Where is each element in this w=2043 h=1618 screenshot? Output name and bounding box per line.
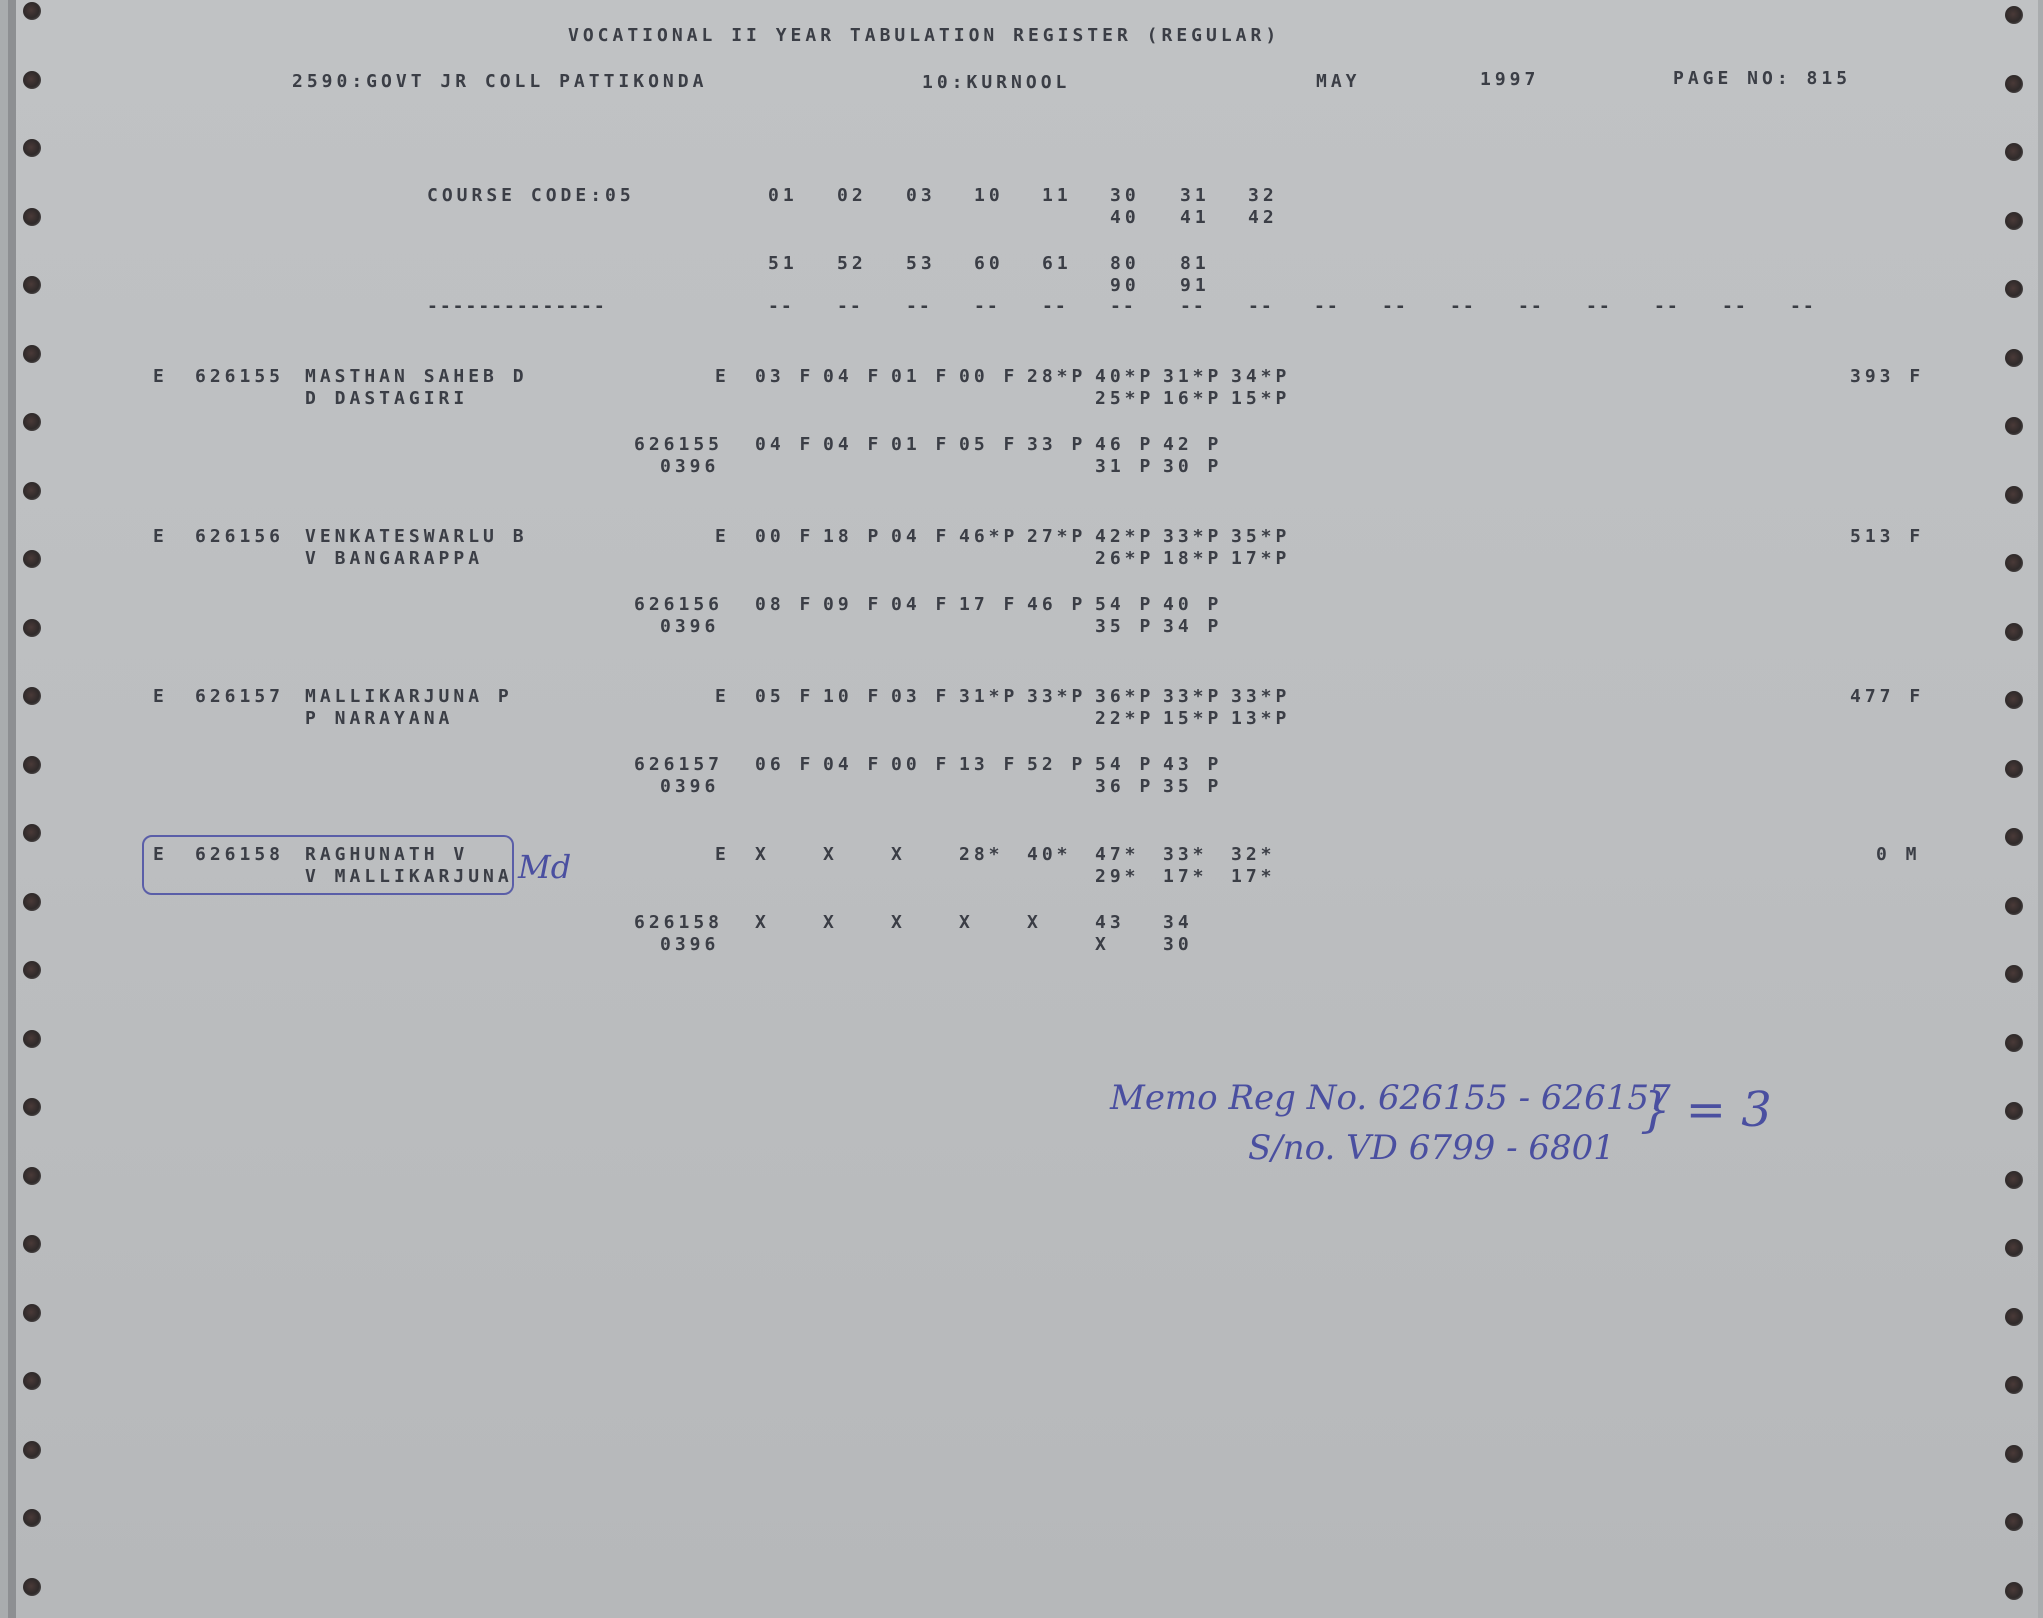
tractor-hole [23, 2, 41, 20]
column-separator: -- [1586, 296, 1612, 317]
father-name: D DASTAGIRI [305, 388, 468, 410]
previous-regno: 626155 [634, 434, 723, 456]
tractor-hole [2005, 1376, 2023, 1394]
column-separator: -- [1314, 296, 1340, 317]
tractor-hole [2005, 349, 2023, 367]
column-separator: -- [1518, 296, 1544, 317]
current-mark: 28* [959, 844, 1004, 866]
current-mark: 16*P [1163, 388, 1222, 410]
current-mark: 32* [1231, 844, 1276, 866]
previous-exam-code: 0396 [660, 934, 719, 956]
current-mark: 00 F [755, 526, 814, 548]
previous-mark: 43 [1095, 912, 1125, 934]
subject-code: 10 [974, 185, 1004, 207]
previous-exam-code: 0396 [660, 776, 719, 798]
father-name: P NARAYANA [305, 708, 453, 730]
previous-regno: 626158 [634, 912, 723, 934]
tractor-hole [23, 756, 41, 774]
previous-regno: 626157 [634, 754, 723, 776]
college-name: 2590:GOVT JR COLL PATTIKONDA [292, 71, 707, 93]
subject-code: 80 [1110, 253, 1140, 275]
previous-mark: X [823, 912, 838, 934]
column-separator: -- [974, 296, 1000, 317]
current-mark: 18*P [1163, 548, 1222, 570]
current-mark: 01 F [891, 366, 950, 388]
course-code-label: COURSE CODE:05 [427, 185, 635, 207]
student-name: MASTHAN SAHEB D [305, 366, 528, 388]
handwritten-count: } = 3 [1640, 1082, 1772, 1138]
column-separator: -- [1450, 296, 1476, 317]
current-mark: 31*P [959, 686, 1018, 708]
tractor-hole [23, 71, 41, 89]
tractor-hole [23, 687, 41, 705]
previous-mark: X [891, 912, 906, 934]
current-mark: 42*P [1095, 526, 1154, 548]
previous-mark: 04 F [755, 434, 814, 456]
current-mark: 33*P [1231, 686, 1290, 708]
current-mark: 17* [1163, 866, 1208, 888]
total-result: 393 F [1850, 366, 1924, 388]
current-mark: 33*P [1163, 686, 1222, 708]
district: 10:KURNOOL [922, 72, 1070, 94]
column-separator: -- [1180, 296, 1206, 317]
previous-mark: 35 P [1095, 616, 1154, 638]
tractor-hole [2005, 691, 2023, 709]
subject-code: 60 [974, 253, 1004, 275]
column-separator: -- [1248, 296, 1274, 317]
subject-code: 32 [1248, 185, 1278, 207]
previous-mark: 13 F [959, 754, 1018, 776]
subject-code: 52 [837, 253, 867, 275]
tractor-hole [23, 1372, 41, 1390]
current-mark: 04 F [823, 366, 882, 388]
tractor-hole [2005, 1308, 2023, 1326]
previous-exam-code: 0396 [660, 616, 719, 638]
column-separator: -- [1042, 296, 1068, 317]
current-mark: 00 F [959, 366, 1018, 388]
subject-code: 61 [1042, 253, 1072, 275]
column-separator: -- [906, 296, 932, 317]
current-mark: 03 F [891, 686, 950, 708]
tractor-hole [23, 1235, 41, 1253]
previous-mark: 40 P [1163, 594, 1222, 616]
current-mark: 22*P [1095, 708, 1154, 730]
previous-mark: X [755, 912, 770, 934]
tractor-hole [23, 208, 41, 226]
tractor-hole [23, 345, 41, 363]
tractor-hole [23, 1509, 41, 1527]
current-mark: 13*P [1231, 708, 1290, 730]
circled-record-626158 [142, 835, 514, 895]
tractor-hole [2005, 6, 2023, 24]
current-mark: 17*P [1231, 548, 1290, 570]
subject-code: 51 [768, 253, 798, 275]
tractor-hole [2005, 1239, 2023, 1257]
tractor-hole [23, 961, 41, 979]
tractor-hole [2005, 828, 2023, 846]
subject-code: 90 [1110, 275, 1140, 297]
subject-code: 11 [1042, 185, 1072, 207]
handwritten-initials: Md [518, 848, 571, 886]
tractor-hole [2005, 1171, 2023, 1189]
tractor-hole [2005, 417, 2023, 435]
previous-mark: 43 P [1163, 754, 1222, 776]
tractor-hole [23, 139, 41, 157]
previous-mark: 04 F [823, 434, 882, 456]
course-code-underline: -------------- [427, 296, 607, 317]
subject-code: 01 [768, 185, 798, 207]
previous-mark: 46 P [1027, 594, 1086, 616]
current-mark: 04 F [891, 526, 950, 548]
previous-mark: 30 [1163, 934, 1193, 956]
previous-mark: 09 F [823, 594, 882, 616]
tractor-hole [2005, 486, 2023, 504]
tractor-hole [2005, 212, 2023, 230]
tractor-hole [23, 482, 41, 500]
column-separator: -- [1790, 296, 1816, 317]
current-mark: 26*P [1095, 548, 1154, 570]
tractor-hole [2005, 760, 2023, 778]
current-mark: 34*P [1231, 366, 1290, 388]
current-mark: 03 F [755, 366, 814, 388]
current-mark: 46*P [959, 526, 1018, 548]
student-regno: 626157 [195, 686, 284, 708]
tractor-hole [2005, 1513, 2023, 1531]
current-mark: 05 F [755, 686, 814, 708]
subject-code: 53 [906, 253, 936, 275]
tractor-hole [2005, 1445, 2023, 1463]
subject-code: 81 [1180, 253, 1210, 275]
previous-mark: 34 P [1163, 616, 1222, 638]
current-mark: 33*P [1163, 526, 1222, 548]
tractor-hole [23, 550, 41, 568]
previous-mark: 08 F [755, 594, 814, 616]
previous-regno: 626156 [634, 594, 723, 616]
tractor-hole [2005, 897, 2023, 915]
current-mark: 31*P [1163, 366, 1222, 388]
tractor-hole [2005, 280, 2023, 298]
current-mark: 40*P [1095, 366, 1154, 388]
handwritten-memo-reg-range: Memo Reg No. 626155 - 626157 [1110, 1078, 1671, 1118]
column-separator: -- [1722, 296, 1748, 317]
previous-mark: 34 [1163, 912, 1193, 934]
tractor-hole [23, 1304, 41, 1322]
total-result: 0 M [1876, 844, 1921, 866]
total-result: 513 F [1850, 526, 1924, 548]
previous-mark: 42 P [1163, 434, 1222, 456]
father-name: V BANGARAPPA [305, 548, 483, 570]
previous-mark: 04 F [823, 754, 882, 776]
previous-mark: 00 F [891, 754, 950, 776]
tractor-hole [23, 1030, 41, 1048]
current-mark: 29* [1095, 866, 1140, 888]
exam-month: MAY [1316, 71, 1361, 93]
current-mark: 17* [1231, 866, 1276, 888]
column-separator: -- [1654, 296, 1680, 317]
tractor-hole [23, 893, 41, 911]
previous-mark: 33 P [1027, 434, 1086, 456]
previous-mark: 52 P [1027, 754, 1086, 776]
tractor-hole [2005, 143, 2023, 161]
register-title: VOCATIONAL II YEAR TABULATION REGISTER (… [568, 25, 1280, 47]
tractor-hole [2005, 1034, 2023, 1052]
student-name: VENKATESWARLU B [305, 526, 528, 548]
column-separator: -- [837, 296, 863, 317]
previous-mark: 35 P [1163, 776, 1222, 798]
student-category: E [153, 366, 168, 388]
subject-code: 30 [1110, 185, 1140, 207]
previous-mark: 30 P [1163, 456, 1222, 478]
student-name: MALLIKARJUNA P [305, 686, 513, 708]
exam-flag: E [715, 844, 730, 866]
tractor-hole [23, 413, 41, 431]
current-mark: 40* [1027, 844, 1072, 866]
previous-mark: X [1095, 934, 1110, 956]
current-mark: 36*P [1095, 686, 1154, 708]
student-regno: 626156 [195, 526, 284, 548]
tractor-hole [2005, 965, 2023, 983]
subject-code: 31 [1180, 185, 1210, 207]
current-mark: X [823, 844, 838, 866]
previous-mark: 36 P [1095, 776, 1154, 798]
column-separator: -- [768, 296, 794, 317]
exam-flag: E [715, 526, 730, 548]
tractor-hole [23, 1441, 41, 1459]
current-mark: X [891, 844, 906, 866]
current-mark: 10 F [823, 686, 882, 708]
previous-mark: 54 P [1095, 594, 1154, 616]
current-mark: 35*P [1231, 526, 1290, 548]
tractor-hole [2005, 554, 2023, 572]
previous-mark: 01 F [891, 434, 950, 456]
exam-flag: E [715, 366, 730, 388]
previous-mark: 06 F [755, 754, 814, 776]
tractor-hole [2005, 1102, 2023, 1120]
tractor-hole [2005, 75, 2023, 93]
tractor-hole [23, 276, 41, 294]
page-number: PAGE NO: 815 [1673, 68, 1851, 90]
previous-mark: 46 P [1095, 434, 1154, 456]
subject-code: 91 [1180, 275, 1210, 297]
tractor-hole [23, 619, 41, 637]
handwritten-serial-range: S/no. VD 6799 - 6801 [1248, 1128, 1615, 1168]
previous-mark: 54 P [1095, 754, 1154, 776]
student-category: E [153, 526, 168, 548]
tractor-hole [2005, 1582, 2023, 1600]
previous-mark: 04 F [891, 594, 950, 616]
tractor-hole [23, 1098, 41, 1116]
current-mark: 47* [1095, 844, 1140, 866]
total-result: 477 F [1850, 686, 1924, 708]
current-mark: 28*P [1027, 366, 1086, 388]
current-mark: 18 P [823, 526, 882, 548]
exam-flag: E [715, 686, 730, 708]
current-mark: 15*P [1163, 708, 1222, 730]
exam-year: 1997 [1480, 69, 1539, 91]
current-mark: 15*P [1231, 388, 1290, 410]
current-mark: 25*P [1095, 388, 1154, 410]
current-mark: 27*P [1027, 526, 1086, 548]
paper-edge [8, 0, 16, 1618]
subject-code: 02 [837, 185, 867, 207]
tabulation-sheet [8, 0, 2038, 1618]
subject-code: 40 [1110, 207, 1140, 229]
current-mark: X [755, 844, 770, 866]
previous-mark: 17 F [959, 594, 1018, 616]
subject-code: 42 [1248, 207, 1278, 229]
tractor-hole [23, 1167, 41, 1185]
current-mark: 33*P [1027, 686, 1086, 708]
previous-mark: X [1027, 912, 1042, 934]
subject-code: 41 [1180, 207, 1210, 229]
student-regno: 626155 [195, 366, 284, 388]
student-category: E [153, 686, 168, 708]
previous-exam-code: 0396 [660, 456, 719, 478]
previous-mark: 05 F [959, 434, 1018, 456]
tractor-hole [23, 1578, 41, 1596]
current-mark: 33* [1163, 844, 1208, 866]
tractor-hole [23, 824, 41, 842]
column-separator: -- [1382, 296, 1408, 317]
tractor-hole [2005, 623, 2023, 641]
previous-mark: X [959, 912, 974, 934]
column-separator: -- [1110, 296, 1136, 317]
subject-code: 03 [906, 185, 936, 207]
previous-mark: 31 P [1095, 456, 1154, 478]
